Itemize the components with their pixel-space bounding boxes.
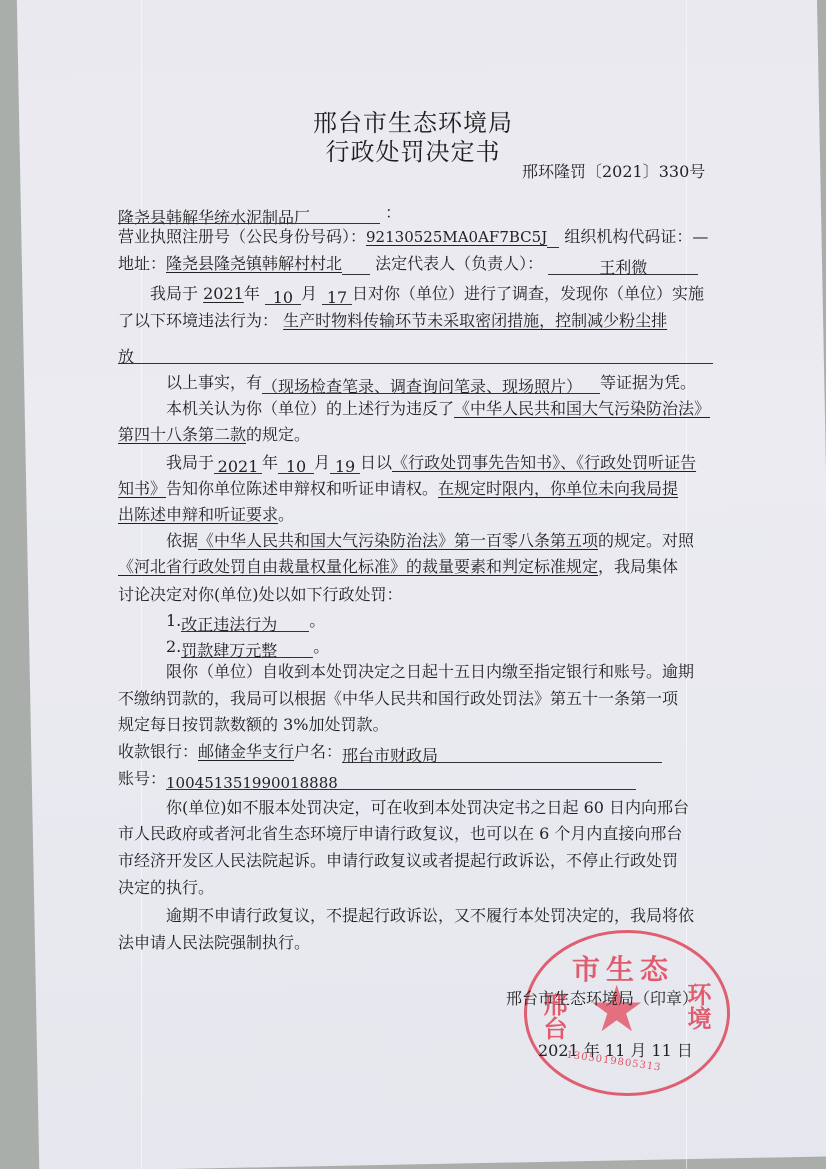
legal-rep-label: 法定代表人（负责人）：	[375, 254, 543, 273]
reg-label: 营业执照注册号（公民身份号码）：	[118, 227, 366, 246]
party-name: 隆尧县韩解华统水泥制品厂	[118, 208, 310, 227]
account-line: 账号：100451351990018888	[118, 768, 636, 790]
payment-line: 限你（单位）自收到本处罚决定之日起十五日内缴至指定银行和账号。逾期	[166, 661, 694, 683]
legal-rep-field: 王利微	[548, 257, 698, 275]
org-code-label: 组织机构代码证：	[564, 227, 692, 246]
day-field: 19	[330, 456, 360, 474]
evidence-field: （现场检查笔录、调查询问笔录、现场照片）	[262, 376, 600, 394]
text: 我局于	[150, 284, 198, 303]
text: 。	[278, 505, 294, 524]
penalty-field: 改正违法行为	[181, 614, 309, 632]
evidence-line: 以上事实，有（现场检查笔录、调查询问笔录、现场照片）等证据为凭。	[166, 372, 696, 394]
notice-result: 在规定时限内，你单位未向我局提	[438, 479, 678, 498]
appeal-line: 市人民政府或者河北省生态环境厅申请行政复议，也可以在 6 个月内直接向邢台	[118, 823, 682, 845]
text: 。	[309, 611, 325, 630]
notice-line: 我局于2021年10月19日以《行政处罚事先告知书》、《行政处罚听证告	[166, 452, 696, 474]
appeal-line: 决定的执行。	[118, 877, 214, 899]
account-name-label: 户名：	[294, 742, 342, 761]
violated-law-line: 本机关认为你（单位）的上述行为违反了《中华人民共和国大气污染防治法》	[166, 398, 710, 420]
enforcement-line: 逾期不申请行政复议，不提起行政诉讼，又不履行本处罚决定的，我局将依	[166, 905, 694, 927]
issuer-signature: 邢台市生态环境局（印章）	[506, 986, 698, 1009]
violated-law: 《中华人民共和国大气污染防治法》	[454, 399, 710, 418]
bank-line: 收款银行：邮储金华支行户名：邢台市财政局	[118, 741, 662, 763]
text: 月	[314, 453, 330, 472]
text: 的规定。	[246, 425, 310, 444]
violation-cont-field: 放	[118, 346, 713, 364]
org-code-value: —	[692, 227, 708, 246]
enforcement-line: 法申请人民法院强制执行。	[118, 932, 310, 954]
basis-line: 依据《中华人民共和国大气污染防治法》第一百零八条第五项的规定。对照	[166, 530, 694, 552]
account-name: 邢台市财政局	[342, 746, 438, 765]
blank	[547, 230, 559, 248]
penalty-basis-law: 《中华人民共和国大气污染防治法》第一百零八条第五项	[198, 531, 598, 550]
day-field: 17	[322, 287, 352, 305]
penalty-item: 1.改正违法行为。	[166, 610, 325, 632]
account-number-label: 账号：	[118, 769, 166, 788]
investigation-year: 2021	[203, 284, 244, 303]
notice-day: 19	[335, 457, 355, 476]
penalty-text: 罚款肆万元整	[181, 641, 277, 660]
party-name-field: 隆尧县韩解华统水泥制品厂	[118, 207, 380, 224]
investigation-line: 我局于 2021年 10月 17日对你（单位）进行了调查，发现你（单位）实施	[150, 283, 704, 305]
text: 月	[301, 284, 317, 303]
basis-line-2: 《河北省行政处罚自由裁量权量化标准》的裁量要素和判定标准规定，我局集体	[118, 556, 678, 578]
notice-documents-cont: 知书》	[118, 479, 166, 498]
blank	[342, 257, 370, 275]
penalty-text: 改正违法行为	[181, 615, 277, 634]
account-number-field: 100451351990018888	[166, 772, 636, 790]
notice-year: 2021	[218, 457, 259, 476]
violated-article-line: 第四十八条第二款的规定。	[118, 424, 310, 446]
investigation-month: 10	[273, 288, 293, 307]
text: 本机关认为你（单位）的上述行为违反了	[166, 399, 454, 418]
text: 等证据为凭。	[600, 373, 696, 392]
appeal-line: 市经济开发区人民法院起诉。申请行政复议或者提起行政诉讼，不停止行政处罚	[118, 850, 678, 872]
bank-label: 收款银行：	[118, 742, 198, 761]
violated-article: 第四十八条第二款	[118, 425, 246, 444]
penalty-number: 2.	[166, 637, 181, 656]
notice-line-2: 知书》告知你单位陈述申辩权和听证申请权。在规定时限内，你单位未向我局提	[118, 478, 678, 500]
colon: ：	[385, 203, 401, 222]
violation-line: 了以下环境违法行为： 生产时物料传输环节未采取密闭措施，控制减少粉尘排	[118, 310, 667, 332]
text: 年	[244, 284, 260, 303]
payment-line: 规定每日按罚款数额的 3%加处罚款。	[118, 714, 388, 736]
notice-documents: 《行政处罚事先告知书》、《行政处罚听证告	[392, 453, 696, 472]
text: 我局于	[166, 453, 214, 472]
basis-line-3: 讨论决定对你(单位)处以如下行政处罚：	[118, 584, 403, 606]
text: 告知你单位陈述申辩权和听证申请权。	[166, 479, 438, 498]
text: 讨论决定对你(单位)处以如下行政处罚：	[118, 585, 403, 604]
registration-line: 营业执照注册号（公民身份号码）：92130525MA0AF7BC5J 组织机构代…	[118, 226, 708, 248]
document-page: 邢台市生态环境局 行政处罚决定书 邢环隆罚〔2021〕330号 隆尧县韩解华统水…	[0, 0, 826, 1169]
party-line: 隆尧县韩解华统水泥制品厂 ：	[118, 202, 401, 224]
text: 以上事实，有	[166, 373, 262, 392]
text: 的规定。对照	[598, 531, 694, 550]
reg-number: 92130525MA0AF7BC5J	[366, 228, 547, 246]
address-line: 地址：隆尧县隆尧镇韩解村村北 法定代表人（负责人）： 王利微	[118, 253, 698, 275]
address-value: 隆尧县隆尧镇韩解村村北	[166, 254, 342, 273]
month-field: 10	[278, 456, 314, 474]
investigation-day: 17	[327, 288, 347, 307]
month-field: 10	[265, 287, 301, 305]
document-number: 邢环隆罚〔2021〕330号	[522, 159, 705, 182]
address-label: 地址：	[118, 254, 166, 273]
text: ，我局集体	[598, 557, 678, 576]
text: 。	[313, 637, 329, 656]
text: 日对你（单位）进行了调查，发现你（单位）实施	[352, 284, 704, 303]
violation-line-cont: 放	[118, 342, 713, 364]
bank-name: 邮储金华支行	[198, 742, 294, 761]
notice-line-3: 出陈述申辩和听证要求。	[118, 504, 294, 526]
text: 依据	[166, 531, 198, 550]
text: 了以下环境违法行为：	[118, 311, 278, 330]
evidence-items: （现场检查笔录、调查询问笔录、现场照片）	[262, 377, 582, 396]
legal-rep-name: 王利微	[599, 258, 647, 277]
text: 年	[262, 453, 278, 472]
appeal-line: 你(单位)如不服本处罚决定，可在收到本处罚决定书之日起 60 日内向邢台	[166, 797, 689, 819]
issue-date: 2021 年 11 月 11 日	[538, 1038, 693, 1061]
discretion-standard: 《河北省行政处罚自由裁量权量化标准》的裁量要素和判定标准规定	[118, 557, 598, 576]
year-field: 2021	[214, 456, 262, 474]
penalty-field: 罚款肆万元整	[181, 640, 313, 658]
account-number: 100451351990018888	[166, 774, 338, 792]
penalty-number: 1.	[166, 611, 181, 630]
text: 日以	[360, 453, 392, 472]
violation-description-cont: 放	[118, 347, 134, 366]
penalty-item: 2.罚款肆万元整。	[166, 636, 329, 658]
notice-result-cont: 出陈述申辩和听证要求	[118, 505, 278, 524]
payment-line: 不缴纳罚款的，我局可以根据《中华人民共和国行政处罚法》第五十一条第一项	[118, 688, 678, 710]
notice-month: 10	[286, 457, 306, 476]
account-name-field: 邢台市财政局	[342, 745, 662, 763]
violation-description: 生产时物料传输环节未采取密闭措施，控制减少粉尘排	[283, 311, 667, 330]
